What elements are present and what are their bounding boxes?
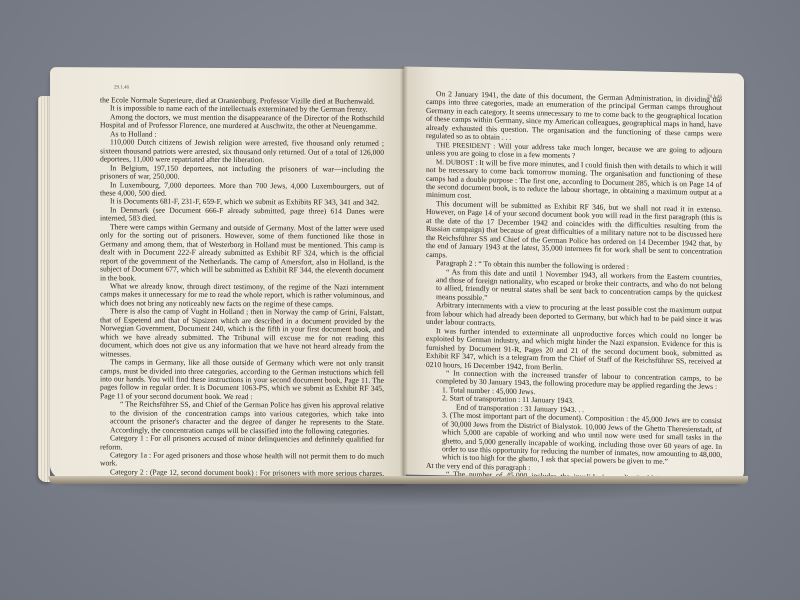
paragraph-text: There is also the camp of Vught in Holla… — [100, 307, 384, 358]
paragraph-text: On 2 January 1941, the date of this docu… — [426, 89, 722, 142]
paragraph: What we already know, through direct tes… — [100, 282, 384, 309]
paragraph: The camps in Germany, like all those out… — [100, 358, 384, 402]
paragraph-text: There were camps within Germany and outs… — [100, 222, 384, 282]
paragraph-text: This document will be submitted as Exhib… — [426, 199, 722, 259]
left-page-body: the Ecole Normale Superieure, died at Or… — [100, 96, 384, 481]
paragraph-text: Category 1a : For aged prisoners and tho… — [100, 450, 384, 467]
paragraph-text: In Belgium, 197,150 deportees, not inclu… — [100, 163, 384, 181]
paragraph: M. DUBOST : It will be five more minutes… — [426, 158, 722, 206]
paragraph: “ The Reichsführer SS, and Chief of the … — [100, 401, 384, 436]
book-gutter — [400, 66, 408, 484]
page-stack-edge — [38, 96, 50, 482]
paragraph-text: “ As from this date and until 1 November… — [436, 267, 722, 302]
left-page: 29.1.46 the Ecole Normale Superieure, di… — [50, 67, 406, 481]
paragraph: 110,000 Dutch citizens of Jewish religio… — [100, 139, 384, 166]
paragraph: 3. (The most important part of the docum… — [426, 411, 722, 468]
paragraph: It was further intended to exterminate a… — [426, 327, 722, 375]
right-page: 29.1.46 On 2 January 1941, the date of t… — [404, 66, 744, 481]
paragraph: There is also the camp of Vught in Holla… — [100, 308, 384, 360]
paragraph-text: The camps in Germany, like all those out… — [100, 357, 384, 401]
paragraph-text: Category 1 : For all prisoners accused o… — [100, 434, 384, 452]
paragraph: There were camps within Germany and outs… — [100, 223, 384, 284]
paragraph-text: Arbitrary internments with a view to pro… — [426, 300, 722, 327]
paragraph-text: What we already know, through direct tes… — [100, 281, 384, 308]
paragraph-text: In Luxembourg, 7,000 deportees. More tha… — [100, 180, 384, 198]
left-date-mark: 29.1.46 — [114, 85, 384, 91]
paragraph: This document will be submitted as Exhib… — [426, 200, 722, 265]
paragraph: On 2 January 1941, the date of this docu… — [426, 90, 722, 147]
paragraph-text: “ The Reichsführer SS, and Chief of the … — [110, 400, 384, 436]
book-bottom-edge — [48, 476, 748, 484]
paragraph-text: In Denmark (see Document 666-F already s… — [100, 205, 384, 223]
paragraph-text: Among the doctors, we must mention the d… — [100, 112, 384, 131]
paragraph-text: 110,000 Dutch citizens of Jewish religio… — [100, 138, 384, 165]
paragraph-text: 3. (The most important part of the docum… — [442, 410, 722, 466]
paragraph-text: It was further intended to exterminate a… — [426, 326, 722, 371]
right-page-body: On 2 January 1941, the date of this docu… — [426, 90, 722, 482]
